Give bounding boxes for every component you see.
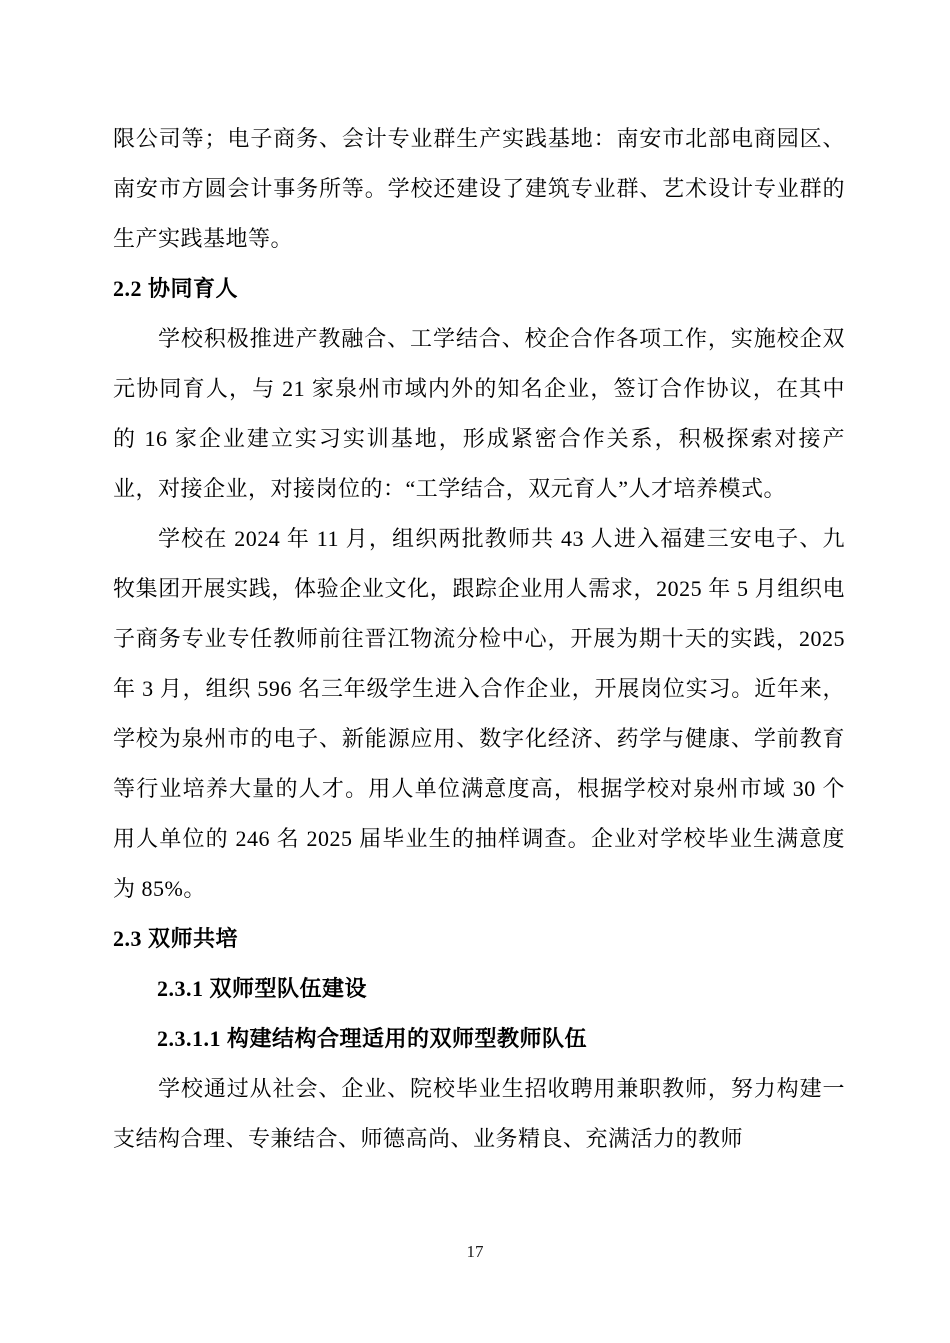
section-heading: 2.2 协同育人	[113, 264, 845, 314]
subsubsection-heading: 2.3.1.1 构建结构合理适用的双师型教师队伍	[113, 1014, 845, 1064]
page-number: 17	[0, 1240, 950, 1264]
section-heading: 2.3 双师共培	[113, 914, 845, 964]
body-paragraph: 学校通过从社会、企业、院校毕业生招收聘用兼职教师，努力构建一支结构合理、专兼结合…	[113, 1064, 845, 1164]
body-paragraph: 限公司等；电子商务、会计专业群生产实践基地：南安市北部电商园区、南安市方圆会计事…	[113, 114, 845, 264]
body-paragraph: 学校在 2024 年 11 月，组织两批教师共 43 人进入福建三安电子、九牧集…	[113, 514, 845, 914]
body-paragraph: 学校积极推进产教融合、工学结合、校企合作各项工作，实施校企双元协同育人，与 21…	[113, 314, 845, 514]
document-page: 限公司等；电子商务、会计专业群生产实践基地：南安市北部电商园区、南安市方圆会计事…	[0, 0, 950, 1343]
subsection-heading: 2.3.1 双师型队伍建设	[113, 964, 845, 1014]
document-content: 限公司等；电子商务、会计专业群生产实践基地：南安市北部电商园区、南安市方圆会计事…	[113, 114, 845, 1164]
